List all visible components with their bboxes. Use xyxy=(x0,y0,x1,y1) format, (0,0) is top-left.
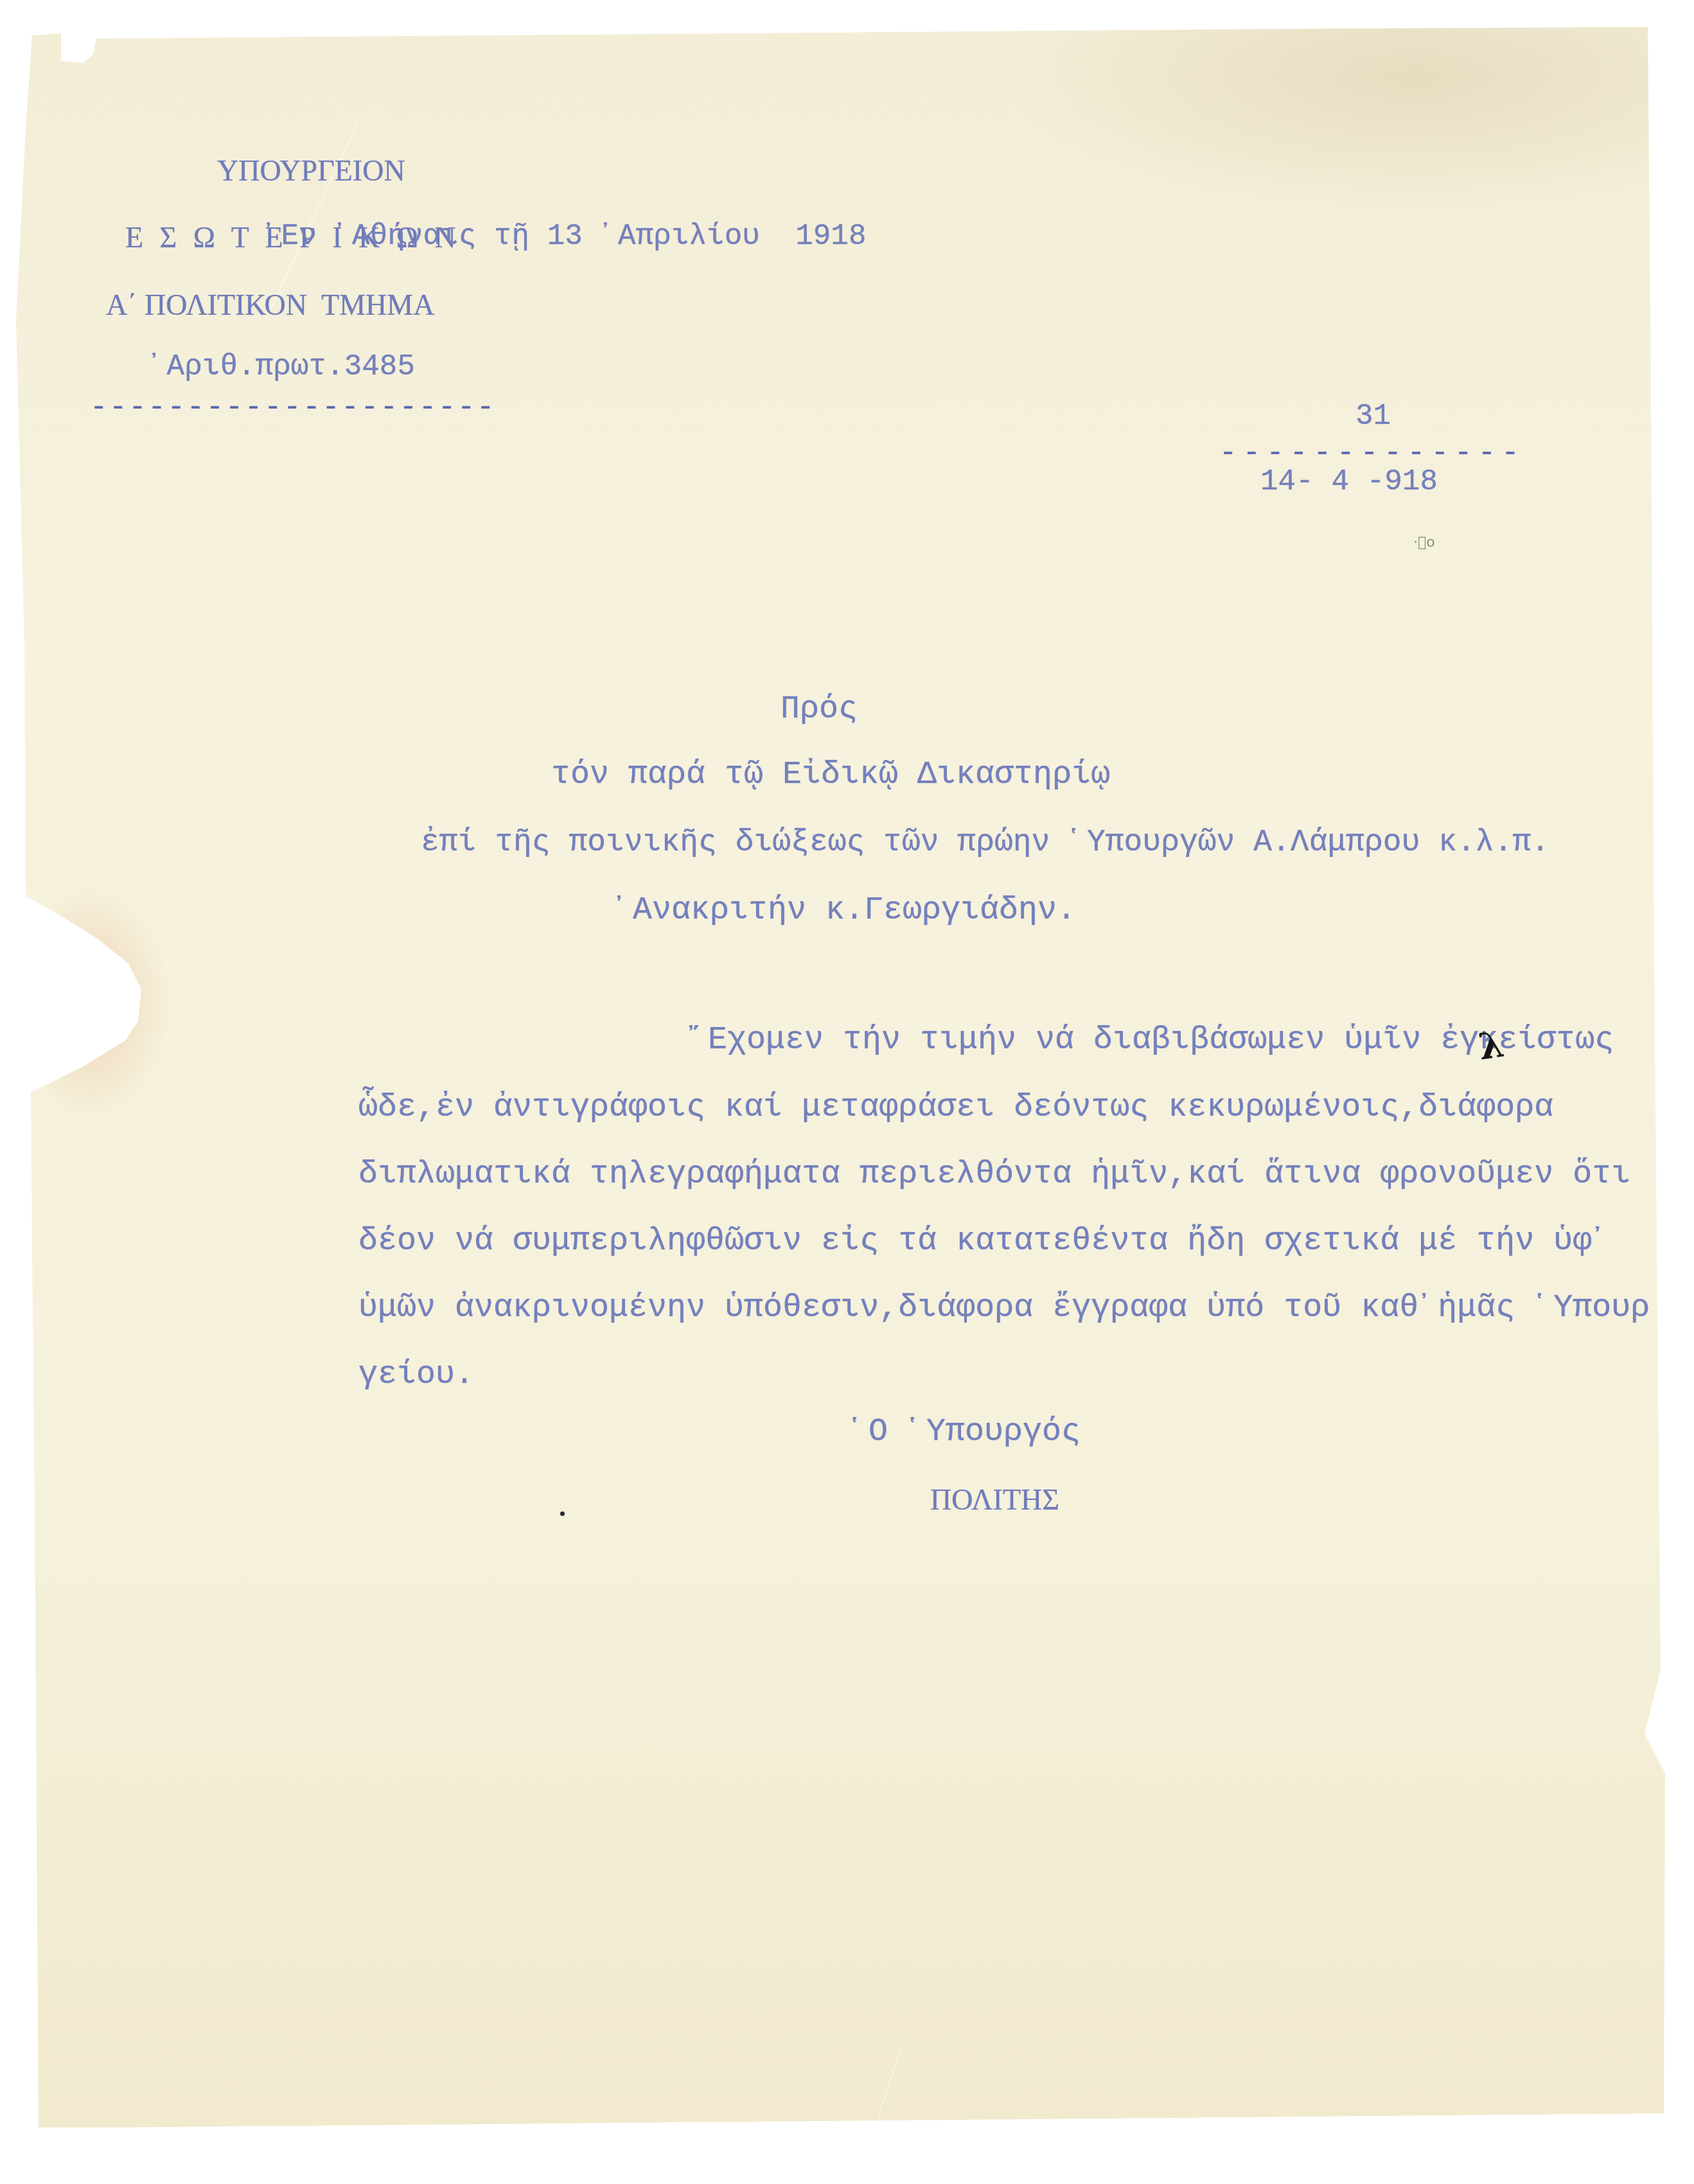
body-line-4: δέον νά συμπεριληφθῶσιν εἰς τά κατατεθέν… xyxy=(358,1226,1611,1258)
letterhead-section: Α΄ ΠΟΛΙΤΙΚΟΝ ΤΜΗΜΑ xyxy=(106,290,434,320)
ink-speck xyxy=(560,1511,565,1516)
registry-rule: ------------- xyxy=(1219,439,1525,468)
body-line-5: ὑμῶν ἀνακρινομένην ὑπόθεσιν,διάφορα ἔγγρ… xyxy=(358,1292,1650,1325)
recipient-line-3: ᾿Ανακριτήν κ.Γεωργιάδην. xyxy=(613,895,1076,927)
recipient-salutation: Πρός xyxy=(781,694,858,726)
dateline: ᾿Εν ᾿Αθήναις τῇ 13 ᾿Απριλίου 1918 xyxy=(263,222,867,251)
registry-number: 31 xyxy=(1355,401,1391,431)
recipient-line-1: τόν παρά τῷ Εἰδικῷ Δικαστηρίῳ xyxy=(551,759,1110,791)
letterhead-rule: --------------------- xyxy=(90,393,496,423)
signature-name: ΠΟΛΙΤΗΣ xyxy=(930,1485,1059,1515)
body-line-3: διπλωματικά τηλεγραφήματα περιελθόντα ἡμ… xyxy=(358,1159,1630,1191)
body-line-2: ὧδε,ἐν ἀντιγράφοις καί μεταφράσει δεόντω… xyxy=(358,1092,1553,1124)
body-line-6: γείου. xyxy=(358,1359,474,1391)
signature-title: ῾Ο ῾Υπουργός xyxy=(849,1416,1081,1449)
recipient-line-2: ἐπί τῆς ποινικῆς διώξεως τῶν πρώην ῾Υπου… xyxy=(421,827,1549,858)
registry-date: 14- 4 -918 xyxy=(1260,467,1438,497)
body-line-1: ῎Εχομεν τήν τιμήν νά διαβιβάσωμεν ὑμῖν ἐ… xyxy=(689,1025,1614,1057)
protocol-number: ᾿Αριθ.πρωτ.3485 xyxy=(149,352,415,382)
letterhead-ministry: ΥΠΟΥΡΓΕΙΟΝ xyxy=(217,156,405,186)
pencil-note: ·ﾟo xyxy=(1413,534,1435,550)
